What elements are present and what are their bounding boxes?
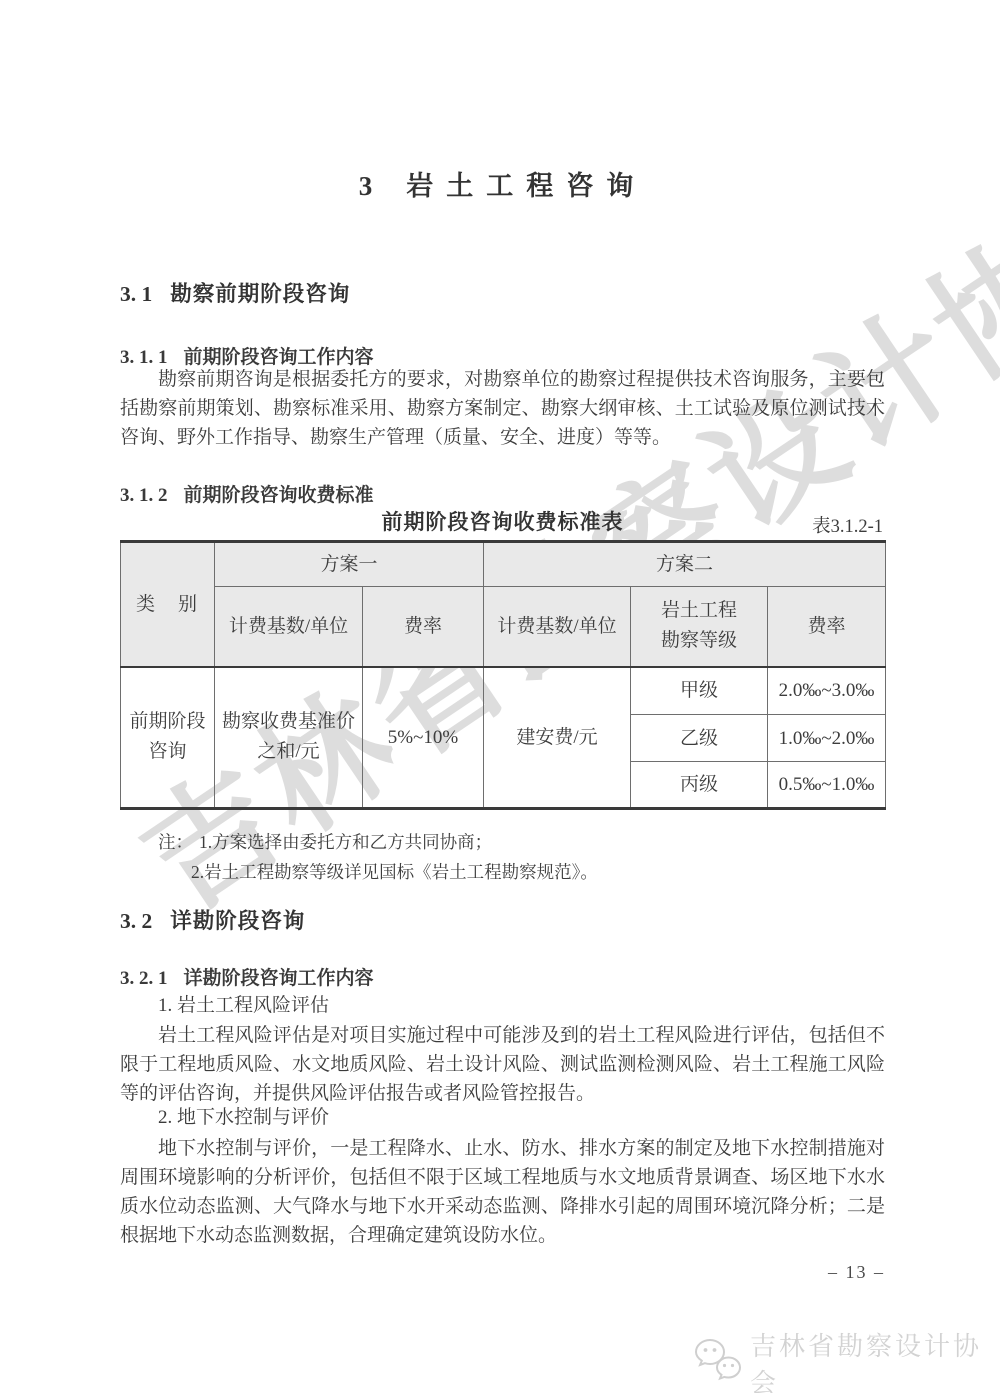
section-3-1-2-heading: 3. 1. 2前期阶段咨询收费标准: [120, 480, 885, 507]
fee-table-wrap: 类 别 方案一 方案二 计费基数/单位 费率 计费基数/单位 岩土工程 勘察等级…: [120, 540, 885, 810]
cell-plan1-rate: 5%~10%: [363, 667, 484, 809]
chapter-title-text: 岩土工程咨询: [406, 171, 646, 201]
cell-rate-b: 1.0‰~2.0‰: [768, 715, 886, 762]
cell-grade-b: 乙级: [631, 715, 768, 762]
section-3-2-1-heading: 3. 2. 1详勘阶段咨询工作内容: [120, 963, 885, 990]
chapter-number: 3: [359, 171, 373, 201]
header-plan1-base-unit: 计费基数/单位: [215, 587, 363, 667]
cell-rate-a: 2.0‰~3.0‰: [768, 667, 886, 715]
table-caption-row: 前期阶段咨询收费标准表 表3.1.2-1: [120, 506, 885, 538]
subsection-number: 3. 2. 1: [120, 968, 168, 989]
paragraph-3-1-1: 勘察前期咨询是根据委托方的要求，对勘察单位的勘察过程提供技术咨询服务，主要包括勘…: [120, 365, 885, 452]
document-page: 吉林省勘察设计协会 3岩土工程咨询 3. 1勘察前期阶段咨询 3. 1. 1前期…: [0, 0, 1000, 1393]
notes-label: 注：: [158, 827, 193, 857]
section-3-2-heading: 3. 2详勘阶段咨询: [120, 904, 885, 935]
table-header-row-1: 类 别 方案一 方案二: [121, 542, 886, 587]
header-category: 类 别: [121, 542, 215, 667]
table-caption: 前期阶段咨询收费标准表: [120, 506, 885, 536]
header-plan2: 方案二: [484, 542, 886, 587]
header-grade: 岩土工程 勘察等级: [631, 587, 768, 667]
paragraph-3-2-1-risk: 岩土工程风险评估是对项目实施过程中可能涉及到的岩土工程风险进行评估，包括但不限于…: [120, 1021, 885, 1108]
table-row-grade-a: 前期阶段 咨询 勘察收费基准价 之和/元 5%~10% 建安费/元 甲级 2.0…: [121, 667, 886, 715]
cell-category: 前期阶段 咨询: [121, 667, 215, 809]
cell-rate-c: 0.5‰~1.0‰: [768, 762, 886, 809]
page-number: – 13 –: [120, 1262, 885, 1283]
cell-plan2-base: 建安费/元: [484, 667, 631, 809]
header-grade-line2: 勘察等级: [631, 626, 767, 656]
header-plan2-rate: 费率: [768, 587, 886, 667]
note-2: 2.岩土工程勘察等级详见国标《岩土工程勘察规范》。: [158, 857, 885, 887]
cell-category-line2: 咨询: [121, 737, 214, 767]
header-grade-line1: 岩土工程: [631, 596, 767, 626]
chapter-title: 3岩土工程咨询: [120, 164, 885, 203]
table-label: 表3.1.2-1: [812, 512, 883, 538]
section-number: 3. 2: [120, 909, 152, 933]
paragraph-3-2-1-groundwater: 地下水控制与评价，一是工程降水、止水、防水、排水方案的制定及地下水控制措施对周围…: [120, 1134, 885, 1250]
fee-table: 类 别 方案一 方案二 计费基数/单位 费率 计费基数/单位 岩土工程 勘察等级…: [120, 540, 886, 810]
cell-category-line1: 前期阶段: [121, 707, 214, 737]
table-notes: 注： 1.方案选择由委托方和乙方共同协商； 2.岩土工程勘察等级详见国标《岩土工…: [120, 827, 885, 887]
cell-plan1-base: 勘察收费基准价 之和/元: [215, 667, 363, 809]
header-plan1-rate: 费率: [363, 587, 484, 667]
footer-org-name: 吉林省勘察设计协会: [750, 1326, 1000, 1393]
subsection-title: 详勘阶段咨询工作内容: [184, 968, 374, 989]
header-plan1: 方案一: [215, 542, 484, 587]
section-title: 详勘阶段咨询: [170, 909, 305, 933]
section-title: 勘察前期阶段咨询: [170, 282, 350, 306]
item-1-title: 1. 岩土工程风险评估: [120, 994, 885, 1018]
wechat-icon: [694, 1339, 742, 1388]
cell-plan1-base-line2: 之和/元: [215, 737, 362, 767]
note-1: 注： 1.方案选择由委托方和乙方共同协商；: [158, 827, 885, 857]
footer-watermark: 吉林省勘察设计协会: [694, 1326, 1000, 1393]
cell-grade-c: 丙级: [631, 762, 768, 809]
subsection-title: 前期阶段咨询收费标准: [184, 485, 374, 506]
section-number: 3. 1: [120, 282, 152, 306]
table-header-row-2: 计费基数/单位 费率 计费基数/单位 岩土工程 勘察等级 费率: [121, 587, 886, 667]
subsection-number: 3. 1. 2: [120, 485, 168, 506]
cell-plan1-base-line1: 勘察收费基准价: [215, 707, 362, 737]
cell-grade-a: 甲级: [631, 667, 768, 715]
item-2-title: 2. 地下水控制与评价: [120, 1106, 885, 1130]
section-3-1-heading: 3. 1勘察前期阶段咨询: [120, 277, 885, 308]
note-1-text: 1.方案选择由委托方和乙方共同协商；: [199, 827, 492, 857]
header-plan2-base-unit: 计费基数/单位: [484, 587, 631, 667]
